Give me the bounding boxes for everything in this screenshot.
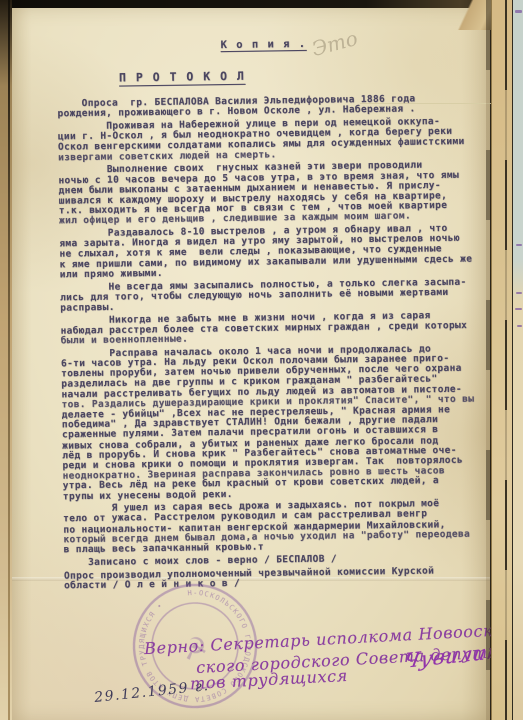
page-title: П Р О Т О К О Л xyxy=(119,69,246,85)
copy-label: К о п и я . xyxy=(220,38,306,51)
scanned-document: К о п и я . Это П Р О Т О К О Л Опроса г… xyxy=(0,0,523,720)
document-page: К о п и я . Это П Р О Т О К О Л Опроса г… xyxy=(12,7,490,720)
adjacent-page-edge xyxy=(512,0,523,720)
adjacent-page-ink-fragment xyxy=(515,308,522,310)
adjacent-page-ink-fragment xyxy=(516,244,522,246)
document-body: Опроса гр. БЕСПАЛОВА Василия Эльпедифоро… xyxy=(57,93,490,591)
pencil-annotation: Это xyxy=(309,26,360,61)
adjacent-page-ink-fragment xyxy=(515,10,522,13)
adjacent-page-ink-fragment xyxy=(516,292,522,294)
adjacent-page-ink-fragment xyxy=(517,325,522,327)
